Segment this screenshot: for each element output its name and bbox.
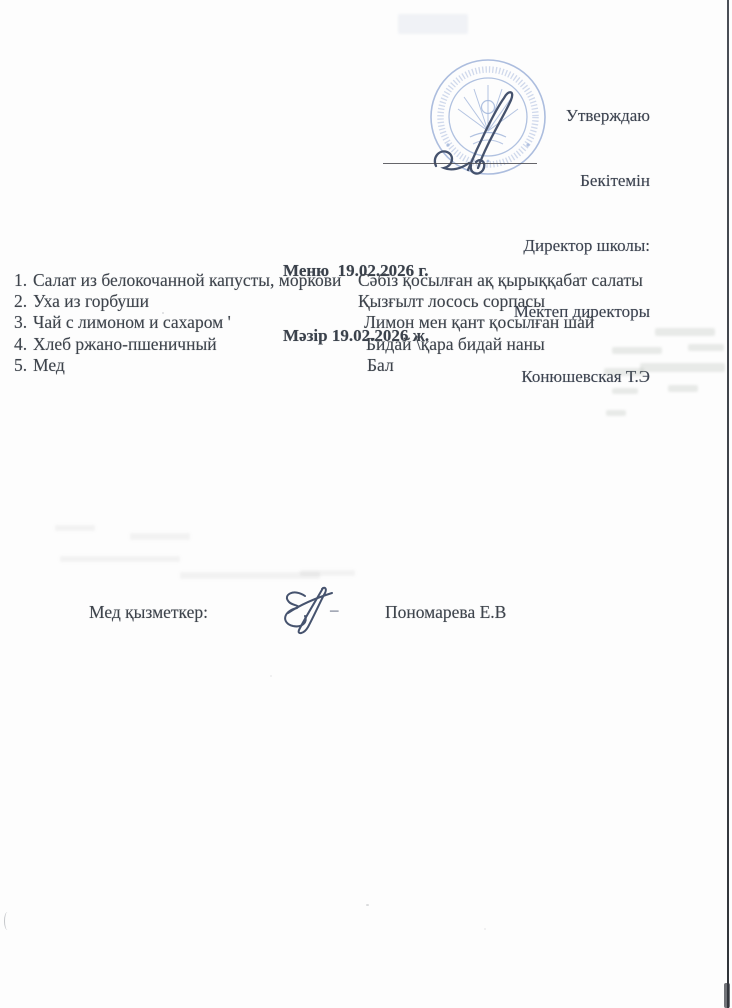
item-name-kz: Лимон мен қант қосылған шай [364,312,594,333]
approval-line-utverzhdayu: Утверждаю [514,105,650,127]
item-number: 2. [14,291,27,312]
item-name-ru: Мед [33,355,65,376]
item-name-kz: Бал [367,355,394,376]
bleedthrough-smudge [180,572,320,579]
item-name-ru: Салат из белокочанной капусты, моркови [33,270,341,291]
item-number: 1. [14,270,27,291]
bleedthrough-smudge [60,556,180,562]
item-name-kz: Қызғылт лосось сорпасы [358,291,545,312]
item-name-ru: Чай с лимоном и сахаром ' [33,312,231,333]
item-number: 3. [14,312,27,333]
bleedthrough-smudge [655,328,715,336]
scan-speck [484,928,486,930]
paper-crease-mark [4,912,11,930]
scanned-menu-document: Утверждаю Бекітемін Директор школы: Мект… [0,0,732,1008]
item-name-kz: Сәбіз қосылған ақ қырыққабат салаты [358,270,643,291]
bleedthrough-smudge [640,363,725,372]
menu-item-row: 1. Салат из белокочанной капусты, морков… [14,270,732,291]
bleedthrough-smudge [688,344,724,351]
scan-edge-shadow [724,983,730,1008]
item-name-kz: Бидай \қара бидай наны [366,334,545,355]
menu-item-row: 2. Уха из горбуши Қызғылт лосось сорпасы [14,291,732,312]
scan-speck [162,312,164,314]
item-name-ru: Хлеб ржано-пшеничный [33,334,217,355]
signature-dash: – [330,600,339,620]
menu-list: 1. Салат из белокочанной капусты, морков… [14,270,732,376]
bleedthrough-smudge [612,347,662,354]
bleedthrough-smudge [606,410,626,416]
med-worker-label: Мед қызметкер: [89,602,208,623]
item-number: 5. [14,355,27,376]
item-number: 4. [14,334,27,355]
scan-speck [270,675,272,677]
menu-item-row: 3. Чай с лимоном и сахаром ' Лимон мен қ… [14,312,732,333]
bleedthrough-smudge [668,385,698,392]
nurse-name: Пономарева Е.В [385,602,506,623]
approval-line-bekitemin: Бекітемін [514,170,650,192]
scan-speck [366,904,369,906]
scan-edge-line [727,0,730,1008]
bleedthrough-smudge [604,368,644,376]
bleedthrough-smudge [55,525,95,531]
bleedthrough-smudge [130,533,190,540]
item-name-ru: Уха из горбуши [33,291,149,312]
approval-line-director-ru: Директор школы: [514,235,650,257]
bleedthrough-smudge [612,388,638,394]
bleedthrough-smudge [398,14,468,34]
bleedthrough-smudge [300,570,355,576]
